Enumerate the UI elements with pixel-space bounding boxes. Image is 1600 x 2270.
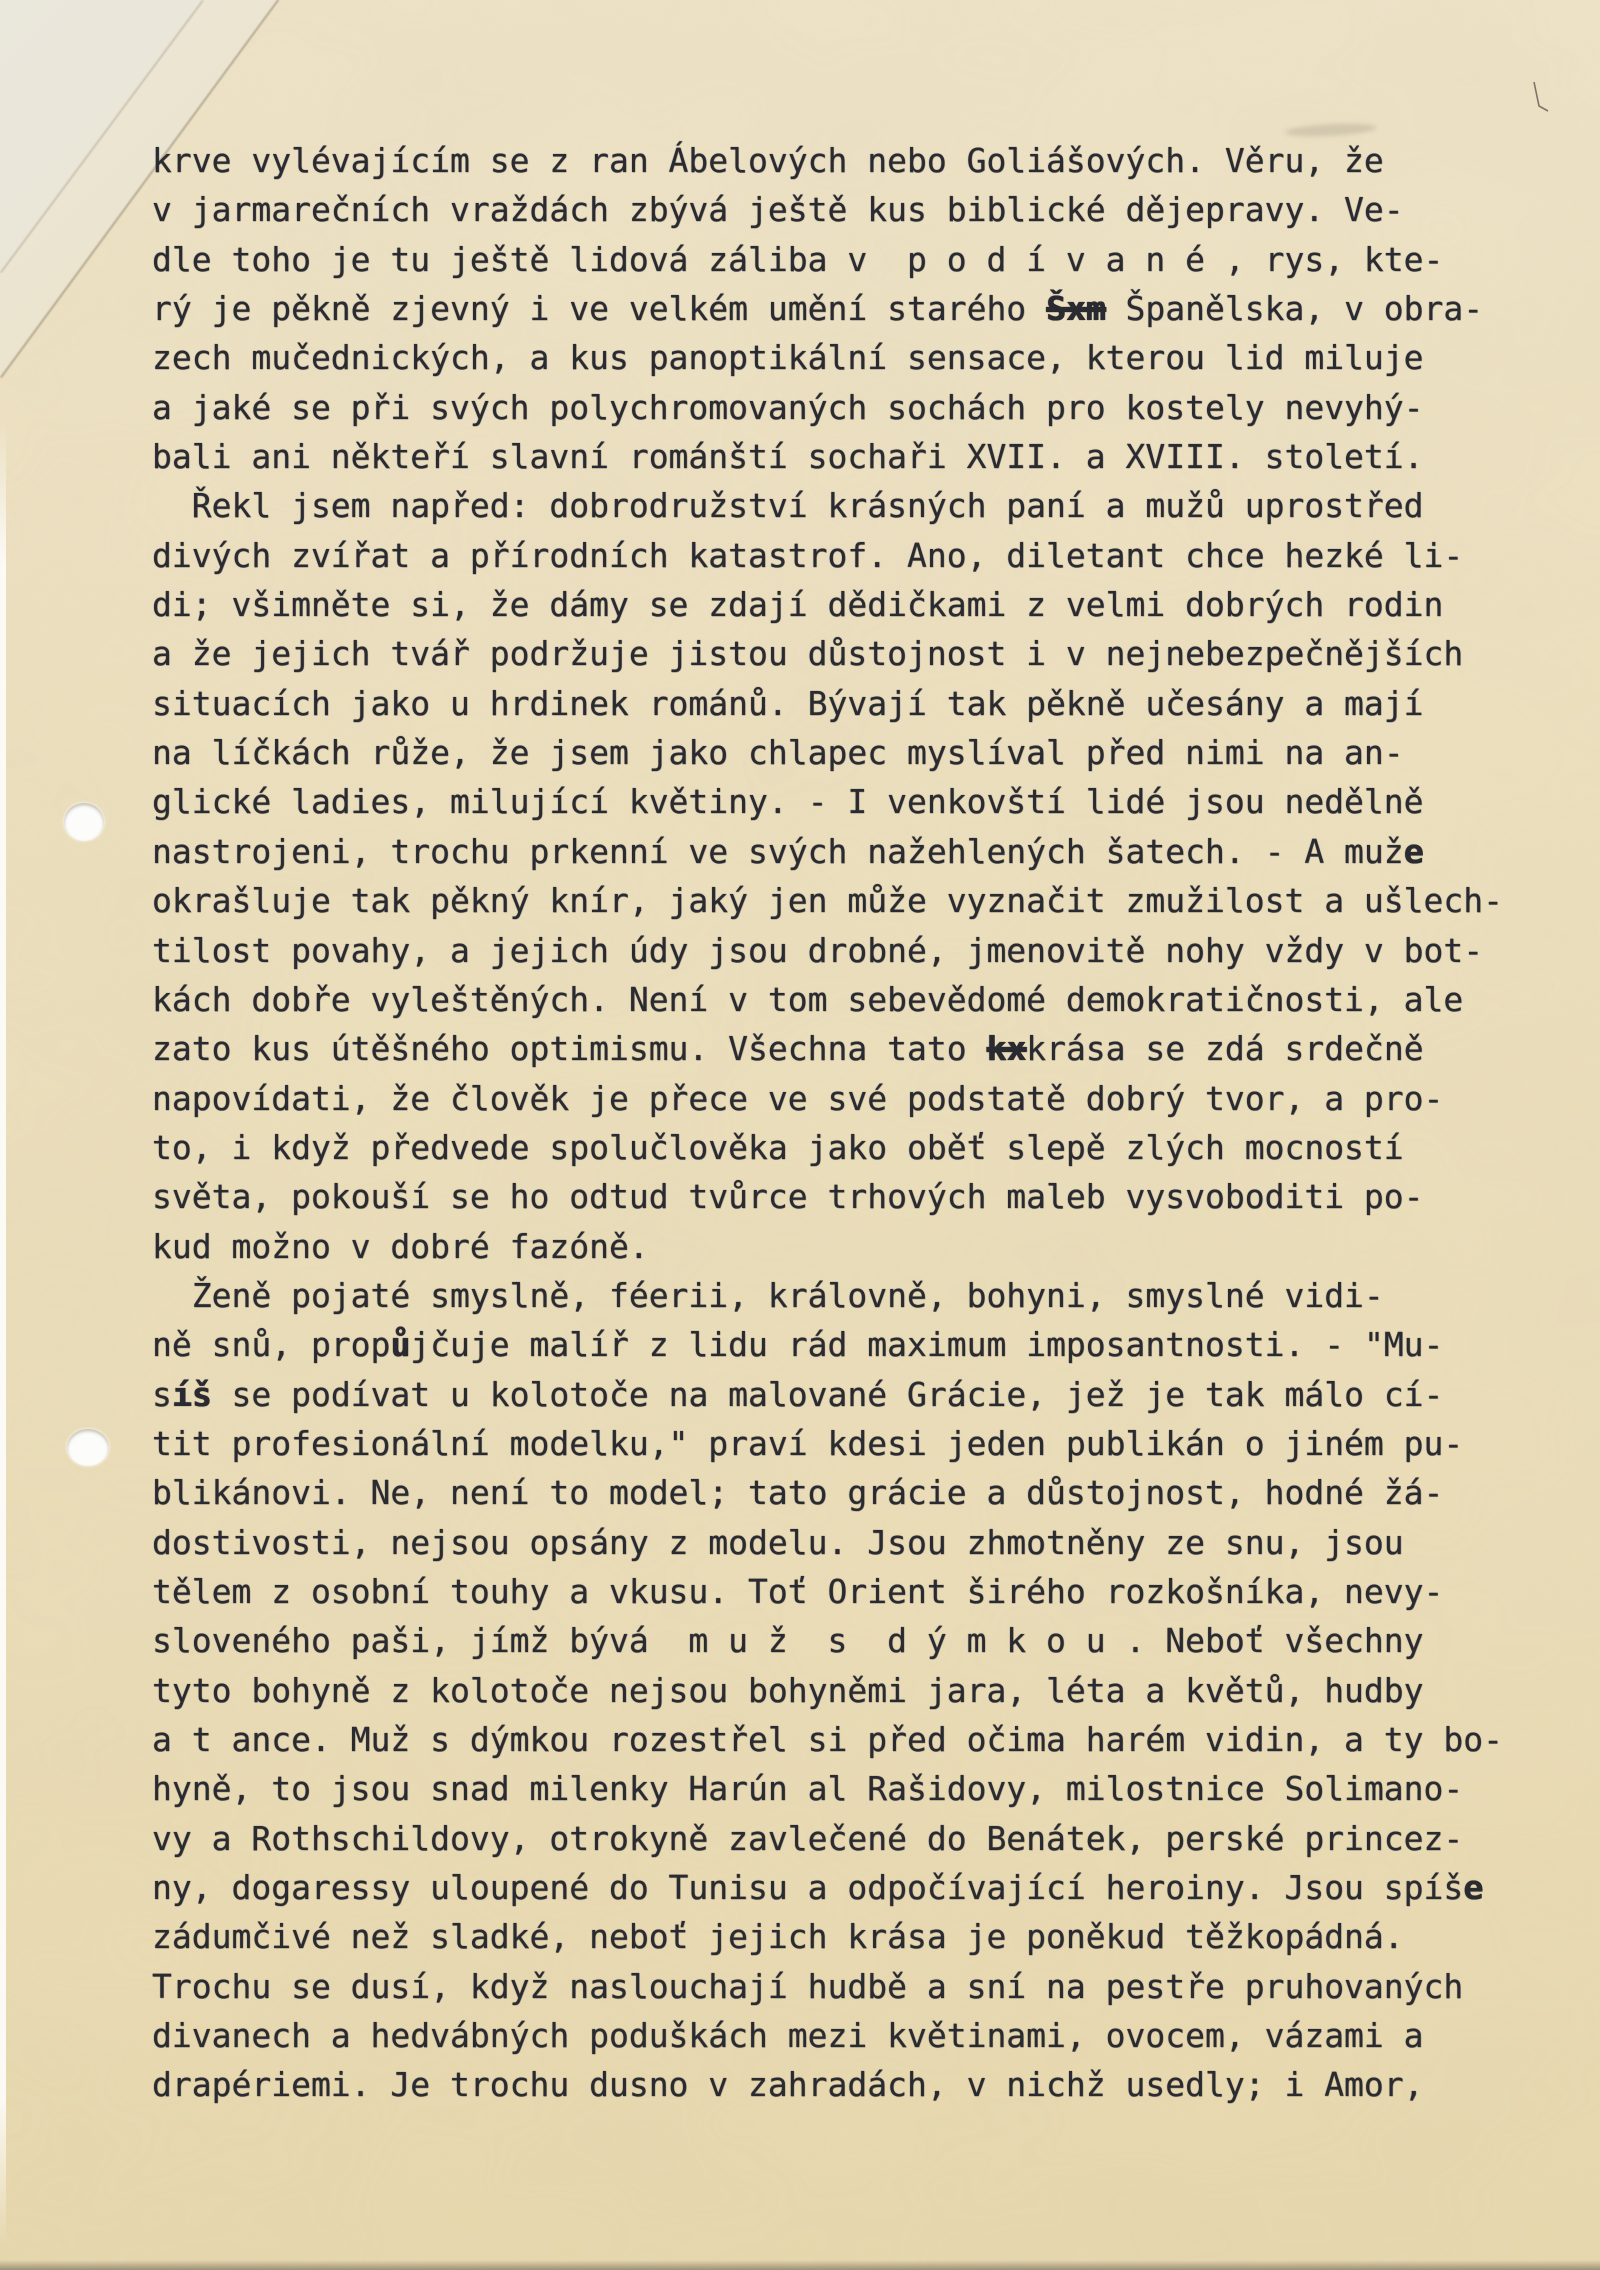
text-line: glické ladies, milující květiny. - I ven… — [152, 777, 1572, 826]
text-line: sloveného paši, jímž bývá m u ž s d ý m … — [152, 1616, 1572, 1665]
text-line: Trochu se dusí, když naslouchají hudbě a… — [152, 1962, 1572, 2011]
paper-bottom-edge — [0, 2260, 1600, 2270]
text-line: zádumčivé než sladké, neboť jejich krása… — [152, 1912, 1572, 1961]
text-line: tělem z osobní touhy a vkusu. Toť Orient… — [152, 1567, 1572, 1616]
typewritten-text: krve vylévajícím se z ran Ábelových nebo… — [152, 136, 1572, 2110]
text-line: rý je pěkně zjevný i ve velkém umění sta… — [152, 284, 1572, 333]
text-line: tilost povahy, a jejich údy jsou drobné,… — [152, 926, 1572, 975]
text-line: a t ance. Muž s dýmkou rozestřel si před… — [152, 1715, 1572, 1764]
text-line: v jarmarečních vraždách zbývá ještě kus … — [152, 185, 1572, 234]
pen-scratch-mark — [1520, 72, 1560, 122]
text-line: kách dobře vyleštěných. Není v tom sebev… — [152, 975, 1572, 1024]
text-line: tyto bohyně z kolotoče nejsou bohyněmi j… — [152, 1666, 1572, 1715]
text-line: světa, pokouší se ho odtud tvůrce trhový… — [152, 1172, 1572, 1221]
scanned-page: krve vylévajícím se z ran Ábelových nebo… — [0, 0, 1600, 2270]
text-line: ny, dogaressy uloupené do Tunisu a odpoč… — [152, 1863, 1572, 1912]
text-line: dostivosti, nejsou opsány z modelu. Jsou… — [152, 1518, 1572, 1567]
text-line: to, i když předvede spolučlověka jako ob… — [152, 1123, 1572, 1172]
text-line: divanech a hedvábných poduškách mezi kvě… — [152, 2011, 1572, 2060]
text-line: ně snů, propůjčuje malíř z lidu rád maxi… — [152, 1320, 1572, 1369]
text-line: Ženě pojaté smyslně, féerii, královně, b… — [152, 1271, 1572, 1320]
text-line: a že jejich tvář podržuje jistou důstojn… — [152, 629, 1572, 678]
punch-hole-top — [64, 803, 104, 841]
punch-hole-bottom — [67, 1429, 109, 1466]
text-line: a jaké se při svých polychromovaných soc… — [152, 383, 1572, 432]
text-line: zato kus útěšného optimismu. Všechna tat… — [152, 1024, 1572, 1073]
text-line: di; všimněte si, že dámy se zdají dědičk… — [152, 580, 1572, 629]
text-line: napovídati, že člověk je přece ve své po… — [152, 1074, 1572, 1123]
text-line: okrašluje tak pěkný knír, jaký jen může … — [152, 876, 1572, 925]
text-line: Řekl jsem napřed: dobrodružství krásných… — [152, 481, 1572, 530]
text-line: na líčkách růže, že jsem jako chlapec my… — [152, 728, 1572, 777]
text-line: krve vylévajícím se z ran Ábelových nebo… — [152, 136, 1572, 185]
text-line: tit profesionální modelku," praví kdesi … — [152, 1419, 1572, 1468]
text-line: kud možno v dobré fazóně. — [152, 1222, 1572, 1271]
text-line: drapériemi. Je trochu dusno v zahradách,… — [152, 2060, 1572, 2109]
text-line: situacích jako u hrdinek románů. Bývají … — [152, 679, 1572, 728]
text-line: zech mučednických, a kus panoptikální se… — [152, 333, 1572, 382]
text-line: dle toho je tu ještě lidová záliba v p o… — [152, 235, 1572, 284]
text-line: vy a Rothschildovy, otrokyně zavlečené d… — [152, 1814, 1572, 1863]
paper-left-edge — [0, 420, 6, 2245]
text-line: bali ani někteří slavní románští sochaři… — [152, 432, 1572, 481]
text-line: hyně, to jsou snad milenky Harún al Raši… — [152, 1764, 1572, 1813]
text-line: nastrojeni, trochu prkenní ve svých naže… — [152, 827, 1572, 876]
text-line: divých zvířat a přírodních katastrof. An… — [152, 531, 1572, 580]
text-line: síš se podívat u kolotoče na malované Gr… — [152, 1370, 1572, 1419]
text-line: blikánovi. Ne, není to model; tato gráci… — [152, 1468, 1572, 1517]
